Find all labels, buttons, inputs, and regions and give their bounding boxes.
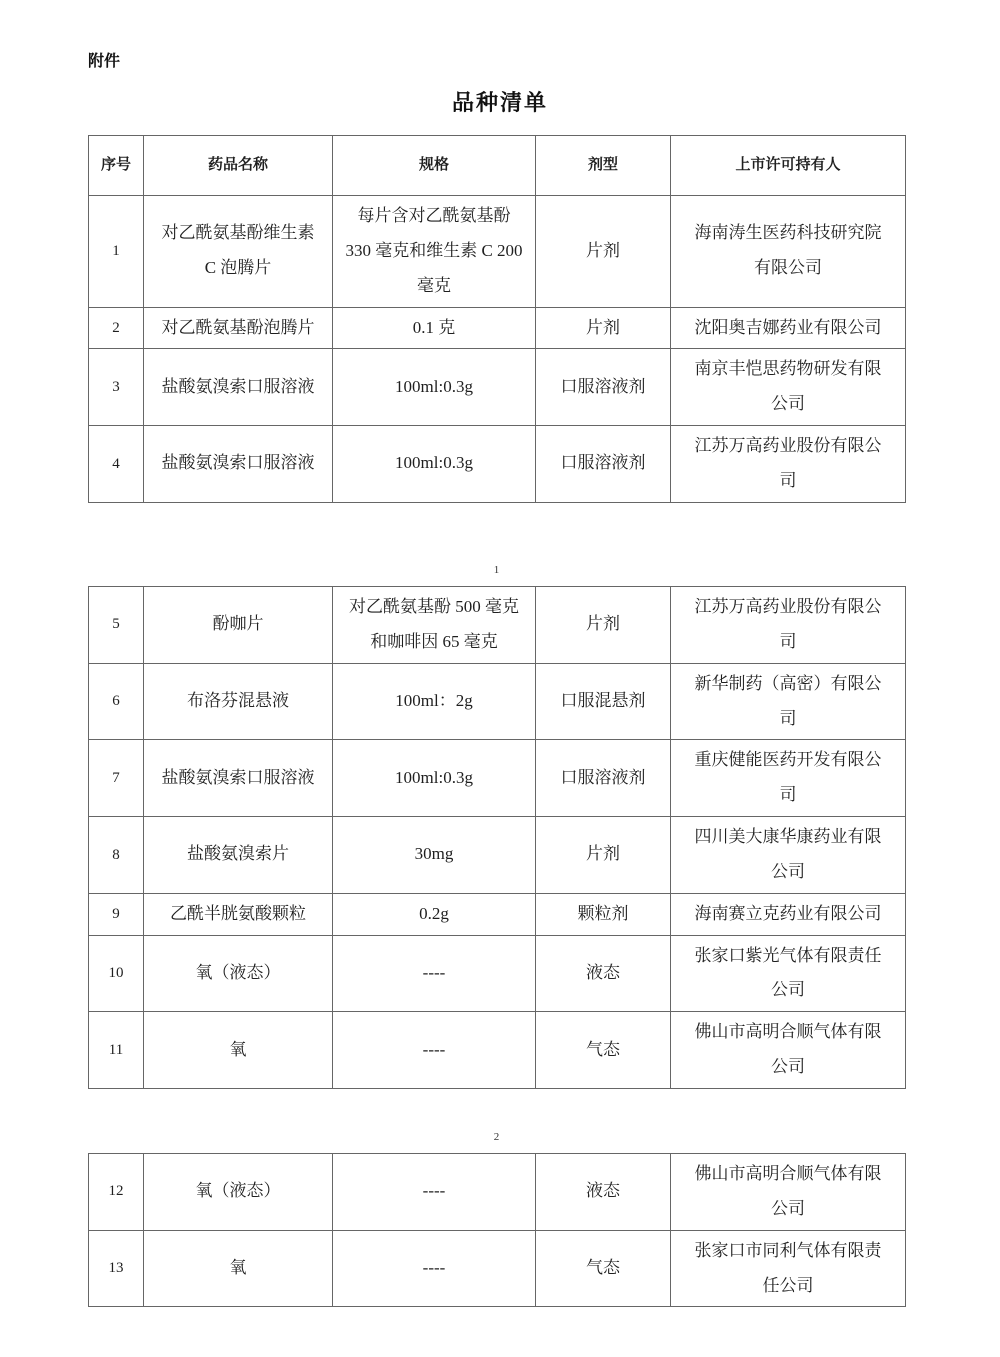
table-row: 8 盐酸氨溴索片 30mg 片剂 四川美大康华康药业有限公司 xyxy=(89,817,906,894)
cell-serial-number: 2 xyxy=(89,307,144,349)
cell-drug-name: 乙酰半胱氨酸颗粒 xyxy=(144,893,333,935)
column-header-holder: 上市许可持有人 xyxy=(671,136,906,196)
table-row: 7 盐酸氨溴索口服溶液 100ml:0.3g 口服溶液剂 重庆健能医药开发有限公… xyxy=(89,740,906,817)
cell-dosage-form: 片剂 xyxy=(536,587,671,664)
cell-specification: 100ml:0.3g xyxy=(333,349,536,426)
cell-serial-number: 12 xyxy=(89,1153,144,1230)
table-row: 4 盐酸氨溴索口服溶液 100ml:0.3g 口服溶液剂 江苏万高药业股份有限公… xyxy=(89,426,906,503)
drug-list-table-page-3: 12 氧（液态） ---- 液态 佛山市高明合顺气体有限公司 13 氧 ----… xyxy=(88,1153,906,1307)
cell-specification: 100ml:0.3g xyxy=(333,740,536,817)
table-row: 11 氧 ---- 气态 佛山市高明合顺气体有限公司 xyxy=(89,1012,906,1089)
cell-drug-name: 盐酸氨溴索口服溶液 xyxy=(144,349,333,426)
cell-specification: ---- xyxy=(333,1153,536,1230)
cell-dosage-form: 液态 xyxy=(536,1153,671,1230)
cell-serial-number: 4 xyxy=(89,426,144,503)
cell-license-holder: 海南涛生医药科技研究院有限公司 xyxy=(671,196,906,308)
cell-specification: 0.2g xyxy=(333,893,536,935)
cell-drug-name: 酚咖片 xyxy=(144,587,333,664)
cell-dosage-form: 气态 xyxy=(536,1230,671,1307)
table-row: 5 酚咖片 对乙酰氨基酚 500 毫克和咖啡因 65 毫克 片剂 江苏万高药业股… xyxy=(89,587,906,664)
column-header-spec: 规格 xyxy=(333,136,536,196)
cell-serial-number: 6 xyxy=(89,663,144,740)
cell-drug-name: 对乙酰氨基酚泡腾片 xyxy=(144,307,333,349)
cell-dosage-form: 口服混悬剂 xyxy=(536,663,671,740)
cell-dosage-form: 片剂 xyxy=(536,307,671,349)
cell-specification: 100ml：2g xyxy=(333,663,536,740)
cell-dosage-form: 口服溶液剂 xyxy=(536,740,671,817)
cell-license-holder: 佛山市高明合顺气体有限公司 xyxy=(671,1153,906,1230)
table-row: 6 布洛芬混悬液 100ml：2g 口服混悬剂 新华制药（高密）有限公司 xyxy=(89,663,906,740)
cell-license-holder: 新华制药（高密）有限公司 xyxy=(671,663,906,740)
cell-drug-name: 氧 xyxy=(144,1012,333,1089)
cell-dosage-form: 口服溶液剂 xyxy=(536,426,671,503)
drug-list-table-page-2: 5 酚咖片 对乙酰氨基酚 500 毫克和咖啡因 65 毫克 片剂 江苏万高药业股… xyxy=(88,586,906,1089)
cell-dosage-form: 气态 xyxy=(536,1012,671,1089)
table-row: 10 氧（液态） ---- 液态 张家口紫光气体有限责任公司 xyxy=(89,935,906,1012)
cell-specification: ---- xyxy=(333,1230,536,1307)
column-header-no: 序号 xyxy=(89,136,144,196)
document-body: 序号 药品名称 规格 剂型 上市许可持有人 1 对乙酰氨基酚维生素 C 泡腾片 … xyxy=(88,135,905,503)
cell-dosage-form: 口服溶液剂 xyxy=(536,349,671,426)
attachment-label: 附件 xyxy=(88,48,120,71)
cell-drug-name: 布洛芬混悬液 xyxy=(144,663,333,740)
cell-license-holder: 重庆健能医药开发有限公司 xyxy=(671,740,906,817)
cell-serial-number: 5 xyxy=(89,587,144,664)
cell-drug-name: 氧（液态） xyxy=(144,935,333,1012)
cell-drug-name: 盐酸氨溴索口服溶液 xyxy=(144,426,333,503)
cell-serial-number: 13 xyxy=(89,1230,144,1307)
cell-specification: ---- xyxy=(333,1012,536,1089)
cell-serial-number: 8 xyxy=(89,817,144,894)
cell-license-holder: 佛山市高明合顺气体有限公司 xyxy=(671,1012,906,1089)
drug-list-table-page-1: 序号 药品名称 规格 剂型 上市许可持有人 1 对乙酰氨基酚维生素 C 泡腾片 … xyxy=(88,135,906,503)
cell-drug-name: 氧（液态） xyxy=(144,1153,333,1230)
cell-serial-number: 3 xyxy=(89,349,144,426)
cell-drug-name: 盐酸氨溴索片 xyxy=(144,817,333,894)
page-title: 品种清单 xyxy=(0,86,1000,117)
cell-specification: 每片含对乙酰氨基酚 330 毫克和维生素 C 200 毫克 xyxy=(333,196,536,308)
cell-serial-number: 10 xyxy=(89,935,144,1012)
column-header-drug-name: 药品名称 xyxy=(144,136,333,196)
cell-dosage-form: 片剂 xyxy=(536,817,671,894)
column-header-dosage-form: 剂型 xyxy=(536,136,671,196)
cell-specification: ---- xyxy=(333,935,536,1012)
cell-serial-number: 7 xyxy=(89,740,144,817)
cell-license-holder: 沈阳奥吉娜药业有限公司 xyxy=(671,307,906,349)
table-row: 9 乙酰半胱氨酸颗粒 0.2g 颗粒剂 海南赛立克药业有限公司 xyxy=(89,893,906,935)
cell-license-holder: 海南赛立克药业有限公司 xyxy=(671,893,906,935)
page-number-2: 2 xyxy=(88,1131,905,1143)
cell-license-holder: 江苏万高药业股份有限公司 xyxy=(671,587,906,664)
cell-specification: 对乙酰氨基酚 500 毫克和咖啡因 65 毫克 xyxy=(333,587,536,664)
cell-drug-name: 盐酸氨溴索口服溶液 xyxy=(144,740,333,817)
cell-specification: 30mg xyxy=(333,817,536,894)
table-row: 12 氧（液态） ---- 液态 佛山市高明合顺气体有限公司 xyxy=(89,1153,906,1230)
cell-license-holder: 南京丰恺思药物研发有限公司 xyxy=(671,349,906,426)
cell-dosage-form: 液态 xyxy=(536,935,671,1012)
cell-license-holder: 张家口市同利气体有限责任公司 xyxy=(671,1230,906,1307)
cell-specification: 0.1 克 xyxy=(333,307,536,349)
cell-dosage-form: 颗粒剂 xyxy=(536,893,671,935)
table-row: 3 盐酸氨溴索口服溶液 100ml:0.3g 口服溶液剂 南京丰恺思药物研发有限… xyxy=(89,349,906,426)
cell-license-holder: 张家口紫光气体有限责任公司 xyxy=(671,935,906,1012)
cell-drug-name: 对乙酰氨基酚维生素 C 泡腾片 xyxy=(144,196,333,308)
cell-license-holder: 江苏万高药业股份有限公司 xyxy=(671,426,906,503)
cell-drug-name: 氧 xyxy=(144,1230,333,1307)
table-header-row: 序号 药品名称 规格 剂型 上市许可持有人 xyxy=(89,136,906,196)
table-row: 1 对乙酰氨基酚维生素 C 泡腾片 每片含对乙酰氨基酚 330 毫克和维生素 C… xyxy=(89,196,906,308)
cell-serial-number: 11 xyxy=(89,1012,144,1089)
cell-dosage-form: 片剂 xyxy=(536,196,671,308)
cell-serial-number: 1 xyxy=(89,196,144,308)
cell-specification: 100ml:0.3g xyxy=(333,426,536,503)
table-row: 2 对乙酰氨基酚泡腾片 0.1 克 片剂 沈阳奥吉娜药业有限公司 xyxy=(89,307,906,349)
cell-serial-number: 9 xyxy=(89,893,144,935)
table-row: 13 氧 ---- 气态 张家口市同利气体有限责任公司 xyxy=(89,1230,906,1307)
page-number-1: 1 xyxy=(88,564,905,576)
cell-license-holder: 四川美大康华康药业有限公司 xyxy=(671,817,906,894)
